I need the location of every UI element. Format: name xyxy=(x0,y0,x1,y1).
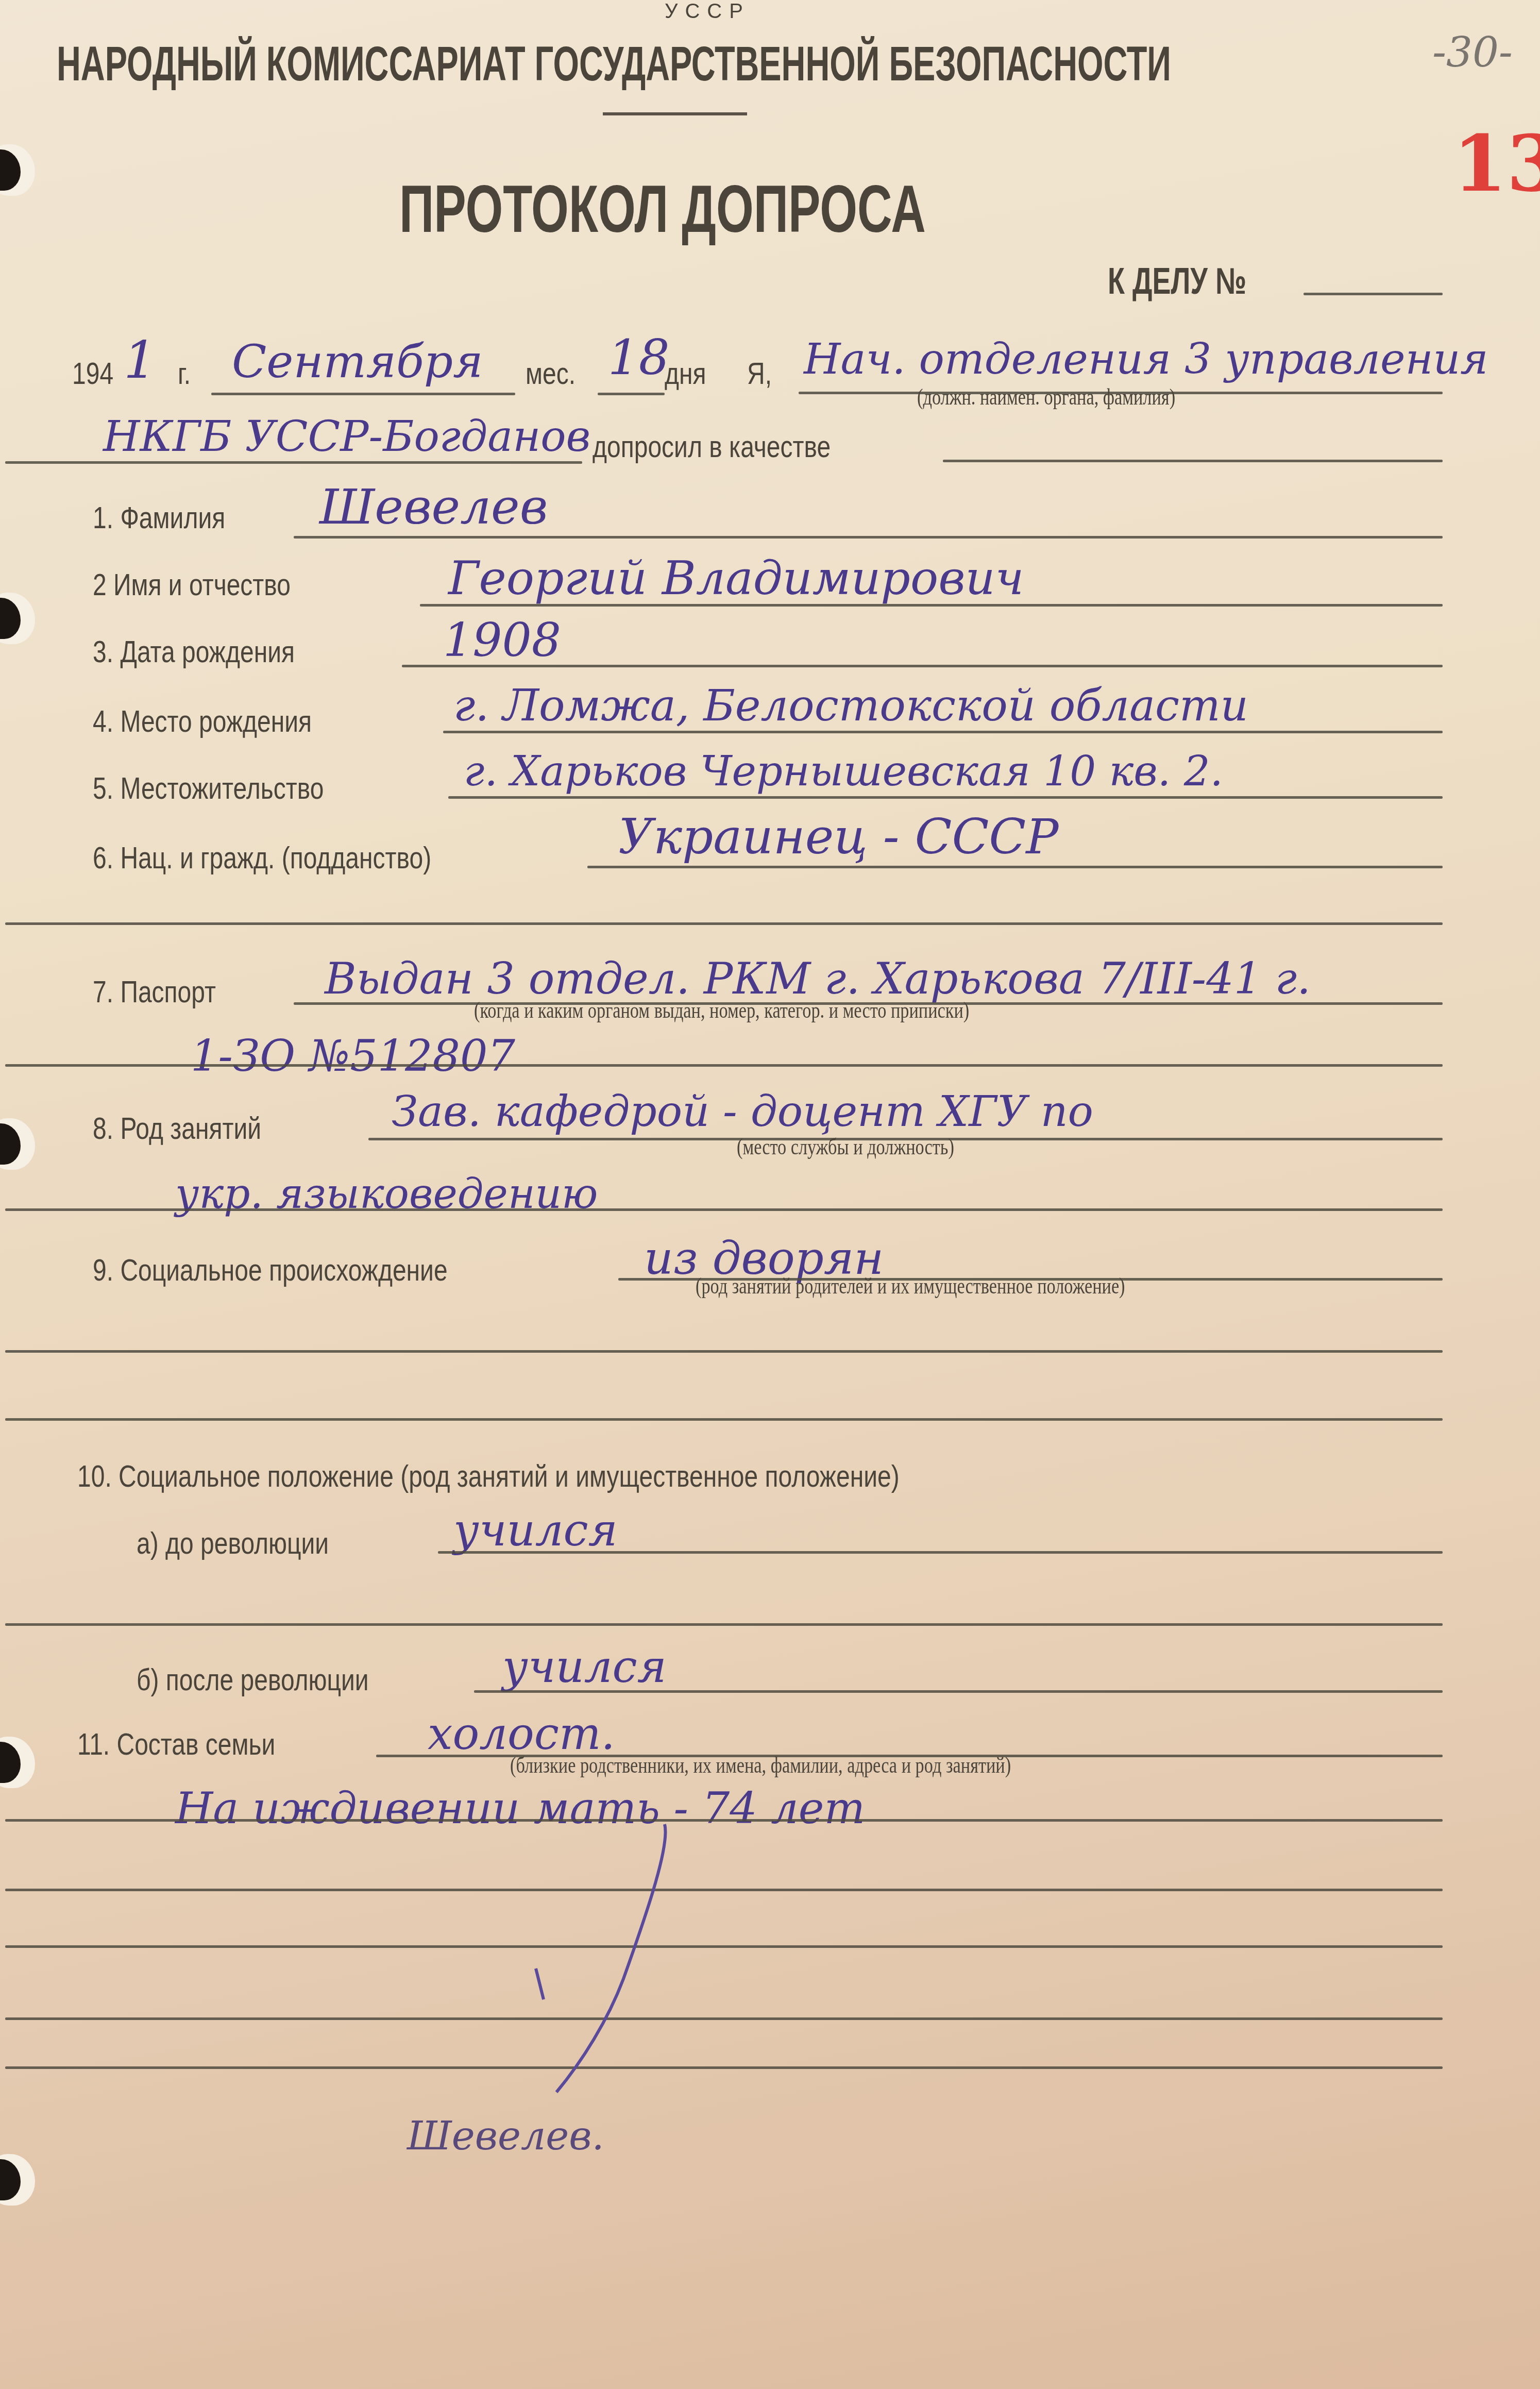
family-caption: (близкие родственники, их имена, фамилии… xyxy=(510,1752,1011,1778)
field-5-label: 5. Местожительство xyxy=(93,770,324,806)
family-details-underline xyxy=(5,1819,1443,1822)
year-prefix: 194 xyxy=(72,356,113,391)
birth-date-underline xyxy=(402,665,1443,667)
blank-line xyxy=(5,922,1443,925)
month-value[interactable]: Сентября xyxy=(232,335,483,388)
republic-label: УССР xyxy=(665,0,750,23)
birth-place-underline xyxy=(443,731,1443,733)
field-10-label: 10. Социальное положение (род занятий и … xyxy=(77,1458,900,1494)
after-revolution-underline xyxy=(474,1690,1443,1693)
pencil-number: -30- xyxy=(1432,28,1513,76)
cross-out-mark xyxy=(453,1814,670,2102)
day-value[interactable]: 18 xyxy=(608,330,670,386)
punch-hole xyxy=(0,598,21,639)
blank-line xyxy=(5,1623,1443,1626)
nationality-underline xyxy=(587,866,1443,868)
field-number: 1. xyxy=(93,500,113,535)
blank-line xyxy=(5,1418,1443,1421)
official-line1[interactable]: Нач. отделения 3 управления xyxy=(804,335,1488,384)
field-label: Местожительство xyxy=(120,771,324,805)
field-2-label: 2 Имя и отчество xyxy=(93,567,291,602)
field-number: 8. xyxy=(93,1111,113,1146)
passport-value[interactable]: Выдан 3 отдел. РКМ г. Харькова 7/III-41 … xyxy=(325,953,1311,1004)
punch-hole xyxy=(0,149,21,191)
field-label: Социальное происхождение xyxy=(120,1253,447,1287)
day-underline xyxy=(598,393,665,395)
blank-line xyxy=(5,1945,1443,1948)
document-title: ПРОТОКОЛ ДОПРОСА xyxy=(399,170,926,247)
red-page-number: 13 xyxy=(1453,119,1540,209)
occupation-line2-underline xyxy=(5,1208,1443,1211)
field-11-label: 11. Состав семьи xyxy=(77,1726,275,1762)
year-suffix: 1 xyxy=(124,330,157,390)
field-number: 3. xyxy=(93,634,113,669)
official-line2[interactable]: НКГБ УССР-Богданов xyxy=(103,412,590,461)
field-label: Имя и отчество xyxy=(113,567,291,602)
field-9-label: 9. Социальное происхождение xyxy=(93,1252,448,1288)
field-7-label: 7. Паспорт xyxy=(93,974,216,1010)
surname-underline xyxy=(294,536,1443,539)
field-label: Место рождения xyxy=(120,704,312,738)
social-origin-caption: (род занятий родителей и их имущественно… xyxy=(696,1273,1125,1299)
commissariat-heading: НАРОДНЫЙ КОМИССАРИАТ ГОСУДАРСТВЕННОЙ БЕЗ… xyxy=(57,36,1171,92)
field-10b-label: б) после революции xyxy=(137,1662,369,1697)
month-unit: мес. xyxy=(526,356,576,391)
field-1-label: 1. Фамилия xyxy=(93,500,225,535)
blank-line xyxy=(5,1350,1443,1353)
signature: Шевелев. xyxy=(407,2113,604,2159)
month-underline xyxy=(211,393,515,395)
passport-number-underline xyxy=(5,1064,1443,1067)
punch-hole xyxy=(0,2159,21,2200)
field-label: Нац. и гражд. (подданство) xyxy=(120,840,431,875)
field-number: 10. xyxy=(77,1459,112,1493)
field-label: до революции xyxy=(165,1526,329,1560)
field-label: после революции xyxy=(166,1662,369,1697)
occupation-value[interactable]: Зав. кафедрой - доцент ХГУ по xyxy=(392,1087,1093,1136)
before-revolution-value[interactable]: учился xyxy=(453,1505,618,1556)
field-3-label: 3. Дата рождения xyxy=(93,634,295,669)
header-divider xyxy=(603,112,747,115)
birth-date-value[interactable]: 1908 xyxy=(443,613,561,667)
case-label: К ДЕЛУ № xyxy=(1108,260,1246,302)
field-number: 7. xyxy=(93,974,113,1009)
field-4-label: 4. Место рождения xyxy=(93,703,312,739)
residence-underline xyxy=(448,796,1443,799)
field-number: 5. xyxy=(93,771,113,805)
case-number-field[interactable] xyxy=(1304,293,1443,295)
passport-caption: (когда и каким органом выдан, номер, кат… xyxy=(474,997,969,1023)
field-number: а) xyxy=(137,1526,159,1560)
name-underline xyxy=(420,604,1443,607)
occupation-caption: (место службы и должность) xyxy=(737,1134,954,1160)
field-number: 9. xyxy=(93,1253,113,1287)
official-line2-underline xyxy=(5,461,582,464)
surname-value[interactable]: Шевелев xyxy=(319,479,548,535)
field-label: Состав семьи xyxy=(117,1727,276,1761)
year-unit: г. xyxy=(178,356,191,391)
passport-number-value[interactable]: 1-ЗО №512807 xyxy=(191,1031,515,1081)
field-8-label: 8. Род занятий xyxy=(93,1111,261,1146)
punch-hole xyxy=(0,1123,21,1165)
field-number: 6. xyxy=(93,840,113,875)
field-number: б) xyxy=(137,1662,159,1697)
field-number: 4. xyxy=(93,704,113,738)
field-label: Род занятий xyxy=(120,1111,261,1146)
before-revolution-underline xyxy=(438,1551,1443,1554)
field-number: 2 xyxy=(93,567,107,602)
day-unit: дня xyxy=(665,356,706,391)
field-label: Фамилия xyxy=(120,500,225,535)
blank-line xyxy=(5,2017,1443,2020)
pronoun: Я, xyxy=(747,356,772,391)
questioned-label: допросил в качестве xyxy=(593,429,831,464)
punch-hole xyxy=(0,1742,21,1783)
field-number: 11. xyxy=(77,1727,110,1761)
blank-line xyxy=(5,2066,1443,2069)
field-label: Дата рождения xyxy=(120,634,295,669)
birth-place-value[interactable]: г. Ломжа, Белостокской области xyxy=(453,680,1248,731)
blank-line xyxy=(5,1889,1443,1891)
questioned-as-field[interactable] xyxy=(943,460,1443,462)
field-label: Паспорт xyxy=(120,974,216,1009)
residence-value[interactable]: г. Харьков Чернышевская 10 кв. 2. xyxy=(464,747,1223,795)
after-revolution-value[interactable]: учился xyxy=(502,1641,667,1693)
field-10a-label: а) до революции xyxy=(137,1525,329,1561)
name-patronymic-value[interactable]: Георгий Владимирович xyxy=(448,551,1024,605)
field-6-label: 6. Нац. и гражд. (подданство) xyxy=(93,840,431,876)
field-label: Социальное положение (род занятий и имущ… xyxy=(119,1459,900,1493)
official-caption: (должн. наимен. органа, фамилия) xyxy=(917,384,1175,410)
nationality-value[interactable]: Украинец - СССР xyxy=(618,809,1059,865)
